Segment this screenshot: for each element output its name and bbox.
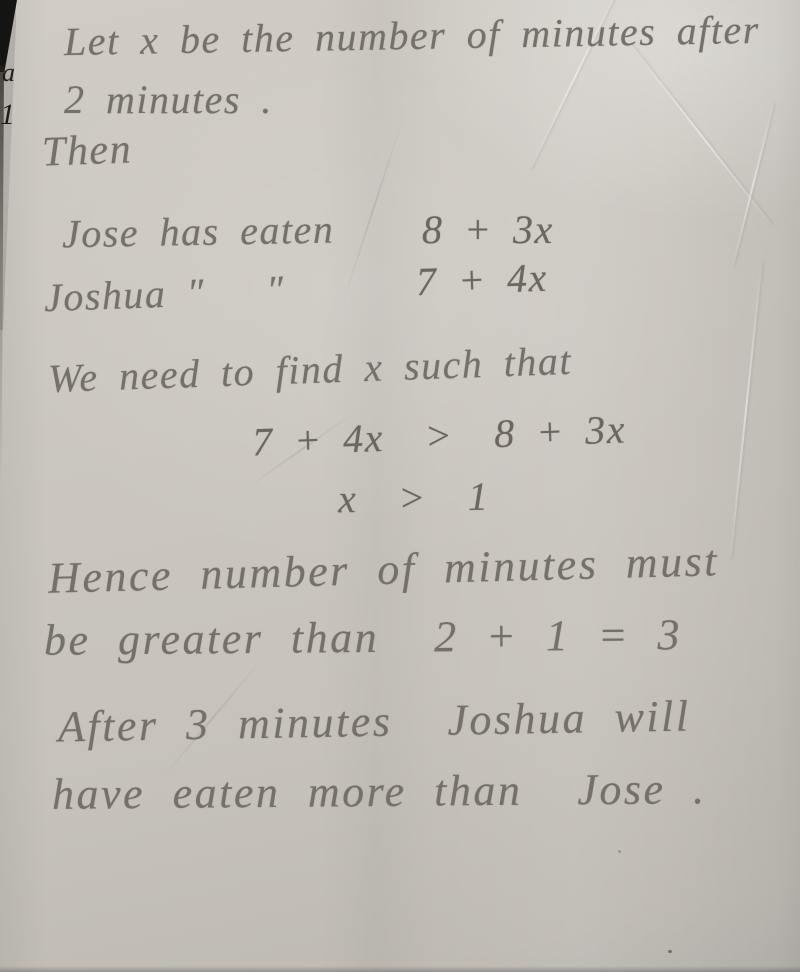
note-conclusion-line-2: have eaten more than Jose . <box>52 767 707 817</box>
paper-speck <box>618 850 621 853</box>
paper-crease <box>529 0 623 170</box>
paper-crease <box>243 409 359 491</box>
jose-row-expression: 8 + 3x <box>422 210 554 250</box>
paper-speck <box>668 950 672 953</box>
note-hence-line-1: Hence number of minutes must <box>48 539 720 601</box>
note-intro-line-1: Let x be the number of minutes after <box>64 10 760 62</box>
handwritten-note-page: a 1 Let x be the number of minutes after… <box>0 0 800 972</box>
joshua-row-label: Joshua ″ ″ <box>43 270 285 318</box>
note-result: x > 1 <box>338 477 490 520</box>
note-then-label: Then <box>41 128 132 173</box>
note-goal-line: We need to find x such that <box>47 341 572 399</box>
paper-crease <box>729 261 762 560</box>
joshua-row-expression: 7 + 4x <box>415 258 548 303</box>
note-intro-line-2: 2 minutes . <box>64 80 273 120</box>
note-hence-line-2: be greater than 2 + 1 = 3 <box>44 613 682 663</box>
paper-crease <box>159 658 263 782</box>
paper-crease <box>341 115 405 306</box>
paper-crease <box>731 102 774 267</box>
jose-row-label: Jose has eaten <box>62 210 335 255</box>
paper-crease <box>629 44 772 226</box>
photo-bottom-edge <box>0 966 800 972</box>
note-conclusion-line-1: After 3 minutes Joshua will <box>58 694 691 749</box>
note-inequality: 7 + 4x > 8 + 3x <box>251 409 626 462</box>
